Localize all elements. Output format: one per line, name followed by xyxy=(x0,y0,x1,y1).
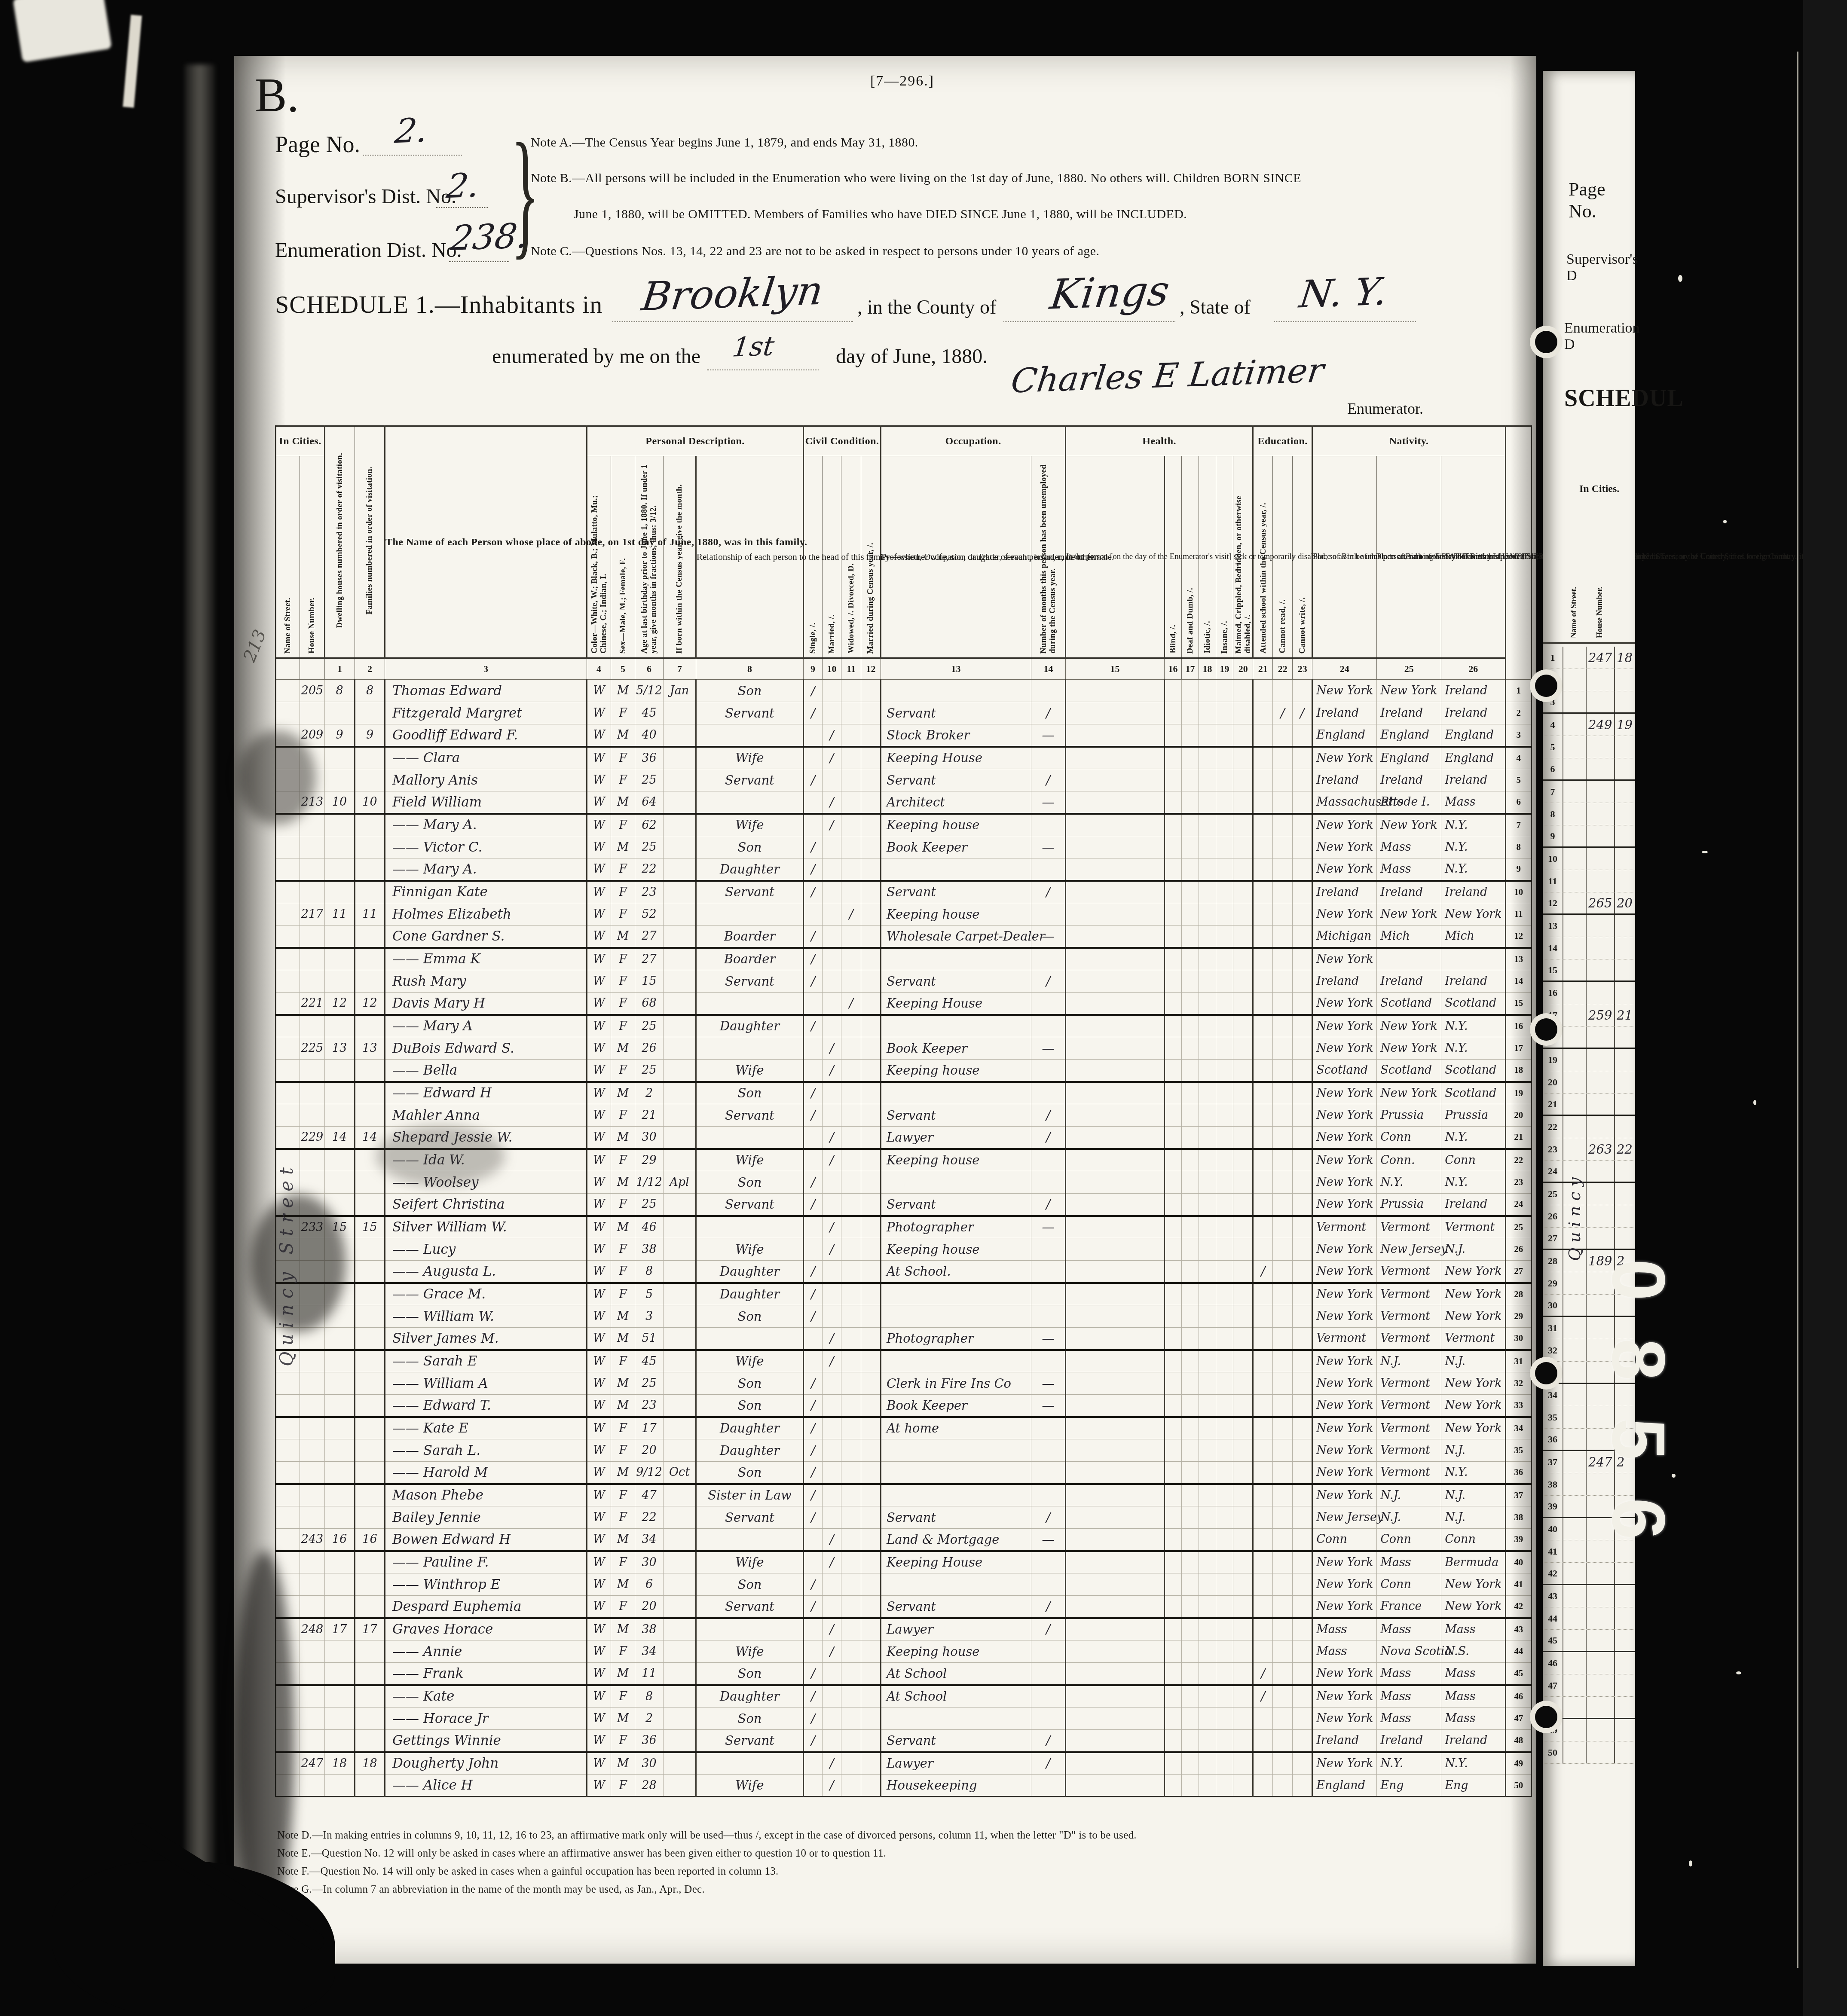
married-year-mark xyxy=(861,1395,881,1417)
house-number xyxy=(300,1015,325,1037)
scan-speck xyxy=(1672,1474,1676,1478)
rp-row: 24 xyxy=(1543,1161,1635,1183)
rp-house-number xyxy=(1586,1161,1614,1182)
birth-month xyxy=(664,1194,696,1216)
sex: M xyxy=(611,1395,635,1417)
married-mark xyxy=(823,1015,841,1037)
cannot-write-mark xyxy=(1293,1685,1312,1707)
idiotic-mark xyxy=(1199,1261,1216,1283)
rp-dwelling-number xyxy=(1614,691,1635,712)
col-header-house-number: House Number. xyxy=(300,456,325,658)
blind-mark xyxy=(1165,1060,1182,1082)
county-label: , in the County of xyxy=(857,296,996,318)
married-year-mark xyxy=(861,836,881,858)
single-mark xyxy=(804,1775,823,1797)
column-number: 17 xyxy=(1182,658,1199,680)
street-cell xyxy=(276,1372,300,1395)
birth-month xyxy=(664,1261,696,1283)
sex: M xyxy=(611,1171,635,1194)
age: 2 xyxy=(635,1082,664,1104)
age: 29 xyxy=(635,1149,664,1171)
unemployed-months xyxy=(1031,1261,1066,1283)
table-row: 2251313DuBois Edward S.WM26/Book Keeper—… xyxy=(276,1037,1532,1060)
deaf-mark xyxy=(1182,1238,1199,1261)
rp-row-number: 23 xyxy=(1543,1144,1563,1155)
mother-birthplace: Vermont xyxy=(1441,1216,1506,1238)
census-rows: 20588Thomas EdwardWM5/12JanSon/New YorkN… xyxy=(276,680,1532,1797)
occupation: Architect xyxy=(881,791,1031,814)
cannot-read-mark xyxy=(1273,1573,1293,1596)
mother-birthplace: Scotland xyxy=(1441,1082,1506,1104)
disabled-mark xyxy=(1233,1640,1253,1663)
column-number: 24 xyxy=(1312,658,1377,680)
rp-house-number xyxy=(1586,691,1614,712)
idiotic-mark xyxy=(1199,858,1216,881)
single-mark xyxy=(804,814,823,836)
father-birthplace: Mass xyxy=(1377,858,1441,881)
age: 25 xyxy=(635,836,664,858)
single-mark: / xyxy=(804,1395,823,1417)
house-number xyxy=(300,1573,325,1596)
cannot-write-mark xyxy=(1293,1596,1312,1618)
table-row: —— Kate EWF17Daughter/At homeNew YorkVer… xyxy=(276,1417,1532,1439)
widowed-mark xyxy=(841,1395,861,1417)
rp-street-cell xyxy=(1563,1630,1586,1651)
col-header-sickness: Is the person [on the day of the Enumera… xyxy=(1066,456,1165,658)
rp-row-number: 46 xyxy=(1543,1658,1563,1669)
single-mark: / xyxy=(804,1417,823,1439)
blind-mark xyxy=(1165,1372,1182,1395)
table-row: Rush MaryWF15Servant/Servant/IrelandIrel… xyxy=(276,970,1532,993)
cannot-read-mark: / xyxy=(1273,702,1293,724)
married-year-mark xyxy=(861,1596,881,1618)
occupation: Wholesale Carpet-Dealer xyxy=(881,926,1031,948)
school-mark: / xyxy=(1253,1685,1273,1707)
single-mark: / xyxy=(804,1462,823,1484)
mother-birthplace: Ireland xyxy=(1441,970,1506,993)
rp-street-cell xyxy=(1563,1652,1586,1674)
sex: F xyxy=(611,948,635,970)
rp-street-cell xyxy=(1563,1429,1586,1450)
single-mark xyxy=(804,747,823,769)
page-no-value: 2. xyxy=(393,111,430,151)
sex: M xyxy=(611,1372,635,1395)
rp-row-number: 45 xyxy=(1543,1635,1563,1646)
color: W xyxy=(587,1082,611,1104)
unemployed-months xyxy=(1031,1417,1066,1439)
family-number xyxy=(355,1484,385,1506)
row-number: 44 xyxy=(1506,1640,1532,1663)
blind-mark xyxy=(1165,1640,1182,1663)
house-number: 248 xyxy=(300,1618,325,1640)
married-year-mark xyxy=(861,993,881,1015)
column-number: 2 xyxy=(355,658,385,680)
scan-speck xyxy=(1678,275,1682,282)
house-number xyxy=(300,881,325,903)
sickness xyxy=(1066,1551,1165,1573)
widowed-mark xyxy=(841,836,861,858)
rp-row-number: 41 xyxy=(1543,1546,1563,1557)
deaf-mark xyxy=(1182,1551,1199,1573)
cannot-read-mark xyxy=(1273,1506,1293,1529)
disabled-mark xyxy=(1233,1194,1253,1216)
married-mark: / xyxy=(823,1551,841,1573)
rp-house-number xyxy=(1586,848,1614,870)
single-mark: / xyxy=(804,1372,823,1395)
widowed-mark xyxy=(841,1037,861,1060)
idiotic-mark xyxy=(1199,1104,1216,1127)
rp-dwelling-number xyxy=(1614,1697,1635,1718)
single-mark: / xyxy=(804,1305,823,1328)
rp-row-number: 14 xyxy=(1543,943,1563,954)
mother-birthplace: Mass xyxy=(1441,1707,1506,1730)
idiotic-mark xyxy=(1199,1640,1216,1663)
row-number: 21 xyxy=(1506,1127,1532,1149)
birthplace: New York xyxy=(1312,1350,1377,1372)
insane-mark xyxy=(1216,1685,1233,1707)
single-mark: / xyxy=(804,1663,823,1685)
enumeration-dist-label: Enumeration Dist. No. xyxy=(275,238,462,262)
person-name: Field William xyxy=(385,791,587,814)
blind-mark xyxy=(1165,970,1182,993)
blind-mark xyxy=(1165,948,1182,970)
age: 8 xyxy=(635,1261,664,1283)
family-number xyxy=(355,769,385,791)
unemployed-months xyxy=(1031,948,1066,970)
rp-row-number: 15 xyxy=(1543,965,1563,976)
married-year-mark xyxy=(861,814,881,836)
married-mark xyxy=(823,1395,841,1417)
sex: F xyxy=(611,747,635,769)
person-name: —— Augusta L. xyxy=(385,1261,587,1283)
age: 38 xyxy=(635,1238,664,1261)
married-year-mark xyxy=(861,1149,881,1171)
birthplace: New York xyxy=(1312,1596,1377,1618)
cannot-write-mark xyxy=(1293,791,1312,814)
blind-mark xyxy=(1165,1171,1182,1194)
family-number xyxy=(355,1350,385,1372)
mother-birthplace: Scotland xyxy=(1441,1060,1506,1082)
rp-street-cell xyxy=(1563,825,1586,846)
rp-row: 19 xyxy=(1543,1049,1635,1071)
idiotic-mark xyxy=(1199,1596,1216,1618)
county-value: Kings xyxy=(1047,266,1172,319)
rp-dwelling-number: 20 xyxy=(1614,892,1635,913)
idiotic-mark xyxy=(1199,769,1216,791)
single-mark: / xyxy=(804,1484,823,1506)
widowed-mark xyxy=(841,1238,861,1261)
relationship: Sister in Law xyxy=(696,1484,804,1506)
mother-birthplace: Ireland xyxy=(1441,1730,1506,1752)
single-mark xyxy=(804,1529,823,1551)
school-mark xyxy=(1253,1439,1273,1462)
column-number: 11 xyxy=(841,658,861,680)
cannot-read-mark xyxy=(1273,1149,1293,1171)
school-mark xyxy=(1253,836,1273,858)
unemployed-months: — xyxy=(1031,1216,1066,1238)
disabled-mark xyxy=(1233,1775,1253,1797)
row-number: 9 xyxy=(1506,858,1532,881)
cannot-write-mark xyxy=(1293,970,1312,993)
married-year-mark xyxy=(861,769,881,791)
dwelling-number xyxy=(325,1663,355,1685)
relationship: Servant xyxy=(696,769,804,791)
row-number: 31 xyxy=(1506,1350,1532,1372)
rp-row-number: 16 xyxy=(1543,987,1563,999)
sex: F xyxy=(611,858,635,881)
sex: F xyxy=(611,1439,635,1462)
deaf-mark xyxy=(1182,702,1199,724)
idiotic-mark xyxy=(1199,903,1216,926)
occupation: Lawyer xyxy=(881,1752,1031,1775)
birthplace: Ireland xyxy=(1312,769,1377,791)
footnote-e: Note E.—Question No. 12 will only be ask… xyxy=(277,1848,886,1860)
row-number: 34 xyxy=(1506,1417,1532,1439)
relationship: Daughter xyxy=(696,1439,804,1462)
punch-hole xyxy=(1535,331,1557,353)
birth-month xyxy=(664,747,696,769)
widowed-mark xyxy=(841,970,861,993)
age: 30 xyxy=(635,1752,664,1775)
person-name: Davis Mary H xyxy=(385,993,587,1015)
unemployed-months: / xyxy=(1031,970,1066,993)
sickness xyxy=(1066,1372,1165,1395)
scan-speck xyxy=(1723,520,1727,523)
single-mark xyxy=(804,1551,823,1573)
row-number: 12 xyxy=(1506,926,1532,948)
idiotic-mark xyxy=(1199,1328,1216,1350)
cannot-write-mark xyxy=(1293,1104,1312,1127)
family-number xyxy=(355,1663,385,1685)
rp-row-number: 12 xyxy=(1543,898,1563,909)
disabled-mark xyxy=(1233,1395,1253,1417)
sex: M xyxy=(611,836,635,858)
married-year-mark xyxy=(861,702,881,724)
sickness xyxy=(1066,993,1165,1015)
rp-dwelling-number xyxy=(1614,1607,1635,1629)
rp-row-number: 9 xyxy=(1543,831,1563,842)
cannot-write-mark xyxy=(1293,836,1312,858)
person-name: —— Mary A. xyxy=(385,858,587,881)
house-number xyxy=(300,1462,325,1484)
person-name: —— Alice H xyxy=(385,1775,587,1797)
single-mark: / xyxy=(804,926,823,948)
father-birthplace: Scotland xyxy=(1377,1060,1441,1082)
enumeration-dist-leader xyxy=(449,261,509,262)
insane-mark xyxy=(1216,1596,1233,1618)
married-year-mark xyxy=(861,1238,881,1261)
person-name: —— Winthrop E xyxy=(385,1573,587,1596)
blind-mark xyxy=(1165,814,1182,836)
color: W xyxy=(587,724,611,747)
sickness xyxy=(1066,702,1165,724)
school-mark xyxy=(1253,1506,1273,1529)
color: W xyxy=(587,1060,611,1082)
sex: M xyxy=(611,1305,635,1328)
col-header-age: Age at last birthday prior to June 1, 18… xyxy=(635,456,664,658)
person-name: —— Mary A. xyxy=(385,814,587,836)
insane-mark xyxy=(1216,724,1233,747)
sickness xyxy=(1066,1149,1165,1171)
occupation: Housekeeping xyxy=(881,1775,1031,1797)
married-year-mark xyxy=(861,1506,881,1529)
cannot-write-mark xyxy=(1293,814,1312,836)
unemployed-months xyxy=(1031,993,1066,1015)
sickness xyxy=(1066,1037,1165,1060)
school-mark xyxy=(1253,1596,1273,1618)
father-birthplace: New York xyxy=(1377,903,1441,926)
blind-mark xyxy=(1165,1707,1182,1730)
widowed-mark: / xyxy=(841,903,861,926)
dwelling-number xyxy=(325,1328,355,1350)
father-birthplace: Mich xyxy=(1377,926,1441,948)
school-mark xyxy=(1253,1395,1273,1417)
column-number: 13 xyxy=(881,658,1031,680)
father-birthplace: N.Y. xyxy=(1377,1752,1441,1775)
birthplace: Ireland xyxy=(1312,1730,1377,1752)
blind-mark xyxy=(1165,680,1182,702)
row-number: 29 xyxy=(1506,1305,1532,1328)
rp-house-number xyxy=(1586,1697,1614,1718)
school-mark xyxy=(1253,1194,1273,1216)
color: W xyxy=(587,702,611,724)
married-mark xyxy=(823,702,841,724)
birth-month xyxy=(664,993,696,1015)
table-row: —— Edward HWM2Son/New YorkNew YorkScotla… xyxy=(276,1082,1532,1104)
table-row: 2481717Graves HoraceWM38/Lawyer/MassMass… xyxy=(276,1618,1532,1640)
rp-street-cell xyxy=(1563,870,1586,892)
house-number xyxy=(300,1171,325,1194)
school-mark xyxy=(1253,1216,1273,1238)
married-year-mark xyxy=(861,1439,881,1462)
group-health: Health. xyxy=(1066,426,1253,456)
occupation xyxy=(881,1015,1031,1037)
idiotic-mark xyxy=(1199,1350,1216,1372)
single-mark: / xyxy=(804,1730,823,1752)
blind-mark xyxy=(1165,1506,1182,1529)
family-number xyxy=(355,1372,385,1395)
occupation xyxy=(881,1283,1031,1305)
rp-dwelling-number xyxy=(1614,982,1635,1004)
idiotic-mark xyxy=(1199,814,1216,836)
color: W xyxy=(587,903,611,926)
punch-hole xyxy=(1535,1706,1557,1728)
age: 1/12 xyxy=(635,1171,664,1194)
street-cell xyxy=(276,1417,300,1439)
disabled-mark xyxy=(1233,881,1253,903)
mother-birthplace: New York xyxy=(1441,1596,1506,1618)
age: 62 xyxy=(635,814,664,836)
birth-month xyxy=(664,1506,696,1529)
widowed-mark xyxy=(841,1752,861,1775)
insane-mark xyxy=(1216,1752,1233,1775)
widowed-mark xyxy=(841,948,861,970)
sickness xyxy=(1066,970,1165,993)
column-number: 12 xyxy=(861,658,881,680)
cannot-read-mark xyxy=(1273,1640,1293,1663)
single-mark xyxy=(804,1328,823,1350)
rp-house-number xyxy=(1586,1094,1614,1115)
married-year-mark xyxy=(861,1127,881,1149)
color: W xyxy=(587,1216,611,1238)
rp-street-cell xyxy=(1563,691,1586,712)
married-mark: / xyxy=(823,1238,841,1261)
street-cell xyxy=(276,1551,300,1573)
rp-dwelling-number xyxy=(1614,1719,1635,1741)
column-number: 10 xyxy=(823,658,841,680)
cannot-read-mark xyxy=(1273,1775,1293,1797)
house-number xyxy=(300,1775,325,1797)
rp-dwelling-number xyxy=(1614,1116,1635,1138)
relationship: Boarder xyxy=(696,948,804,970)
sickness xyxy=(1066,1171,1165,1194)
rp-row-number: 47 xyxy=(1543,1680,1563,1691)
cannot-write-mark xyxy=(1293,1663,1312,1685)
birthplace: New York xyxy=(1312,1127,1377,1149)
mother-birthplace: Conn xyxy=(1441,1529,1506,1551)
family-number xyxy=(355,1082,385,1104)
house-number xyxy=(300,1663,325,1685)
rp-dwelling-number xyxy=(1614,1630,1635,1651)
rp-supervisor-label: Supervisor's D xyxy=(1566,251,1638,284)
single-mark xyxy=(804,1238,823,1261)
mother-birthplace: N.J. xyxy=(1441,1350,1506,1372)
mother-birthplace: New York xyxy=(1441,1305,1506,1328)
single-mark xyxy=(804,1618,823,1640)
schedule-title: SCHEDULE 1.—Inhabitants in xyxy=(275,290,602,319)
rp-row: 47 xyxy=(1543,1674,1635,1697)
birthplace: New York xyxy=(1312,1372,1377,1395)
blind-mark xyxy=(1165,1127,1182,1149)
occupation: Servant xyxy=(881,1730,1031,1752)
deaf-mark xyxy=(1182,1685,1199,1707)
column-number-blank xyxy=(276,658,300,680)
disabled-mark xyxy=(1233,1328,1253,1350)
idiotic-mark xyxy=(1199,1730,1216,1752)
birthplace: New York xyxy=(1312,1283,1377,1305)
deaf-mark xyxy=(1182,1417,1199,1439)
relationship: Wife xyxy=(696,1640,804,1663)
age: 25 xyxy=(635,1015,664,1037)
blind-mark xyxy=(1165,1238,1182,1261)
deaf-mark xyxy=(1182,836,1199,858)
rp-dwelling-number xyxy=(1614,1161,1635,1182)
unemployed-months: / xyxy=(1031,1596,1066,1618)
age: 30 xyxy=(635,1551,664,1573)
school-mark xyxy=(1253,1037,1273,1060)
age: 45 xyxy=(635,1350,664,1372)
married-mark xyxy=(823,1730,841,1752)
sex: M xyxy=(611,791,635,814)
insane-mark xyxy=(1216,1238,1233,1261)
cannot-read-mark xyxy=(1273,1529,1293,1551)
color: W xyxy=(587,769,611,791)
married-year-mark xyxy=(861,1060,881,1082)
family-number xyxy=(355,1439,385,1462)
school-mark xyxy=(1253,1015,1273,1037)
mother-birthplace: Vermont xyxy=(1441,1328,1506,1350)
mother-birthplace: N.Y. xyxy=(1441,1127,1506,1149)
row-number: 32 xyxy=(1506,1372,1532,1395)
school-mark xyxy=(1253,1462,1273,1484)
school-mark xyxy=(1253,903,1273,926)
rp-street-cell xyxy=(1563,959,1586,981)
cannot-read-mark xyxy=(1273,903,1293,926)
sex: F xyxy=(611,1149,635,1171)
school-mark xyxy=(1253,881,1273,903)
birthplace: England xyxy=(1312,724,1377,747)
birthplace: New York xyxy=(1312,1238,1377,1261)
